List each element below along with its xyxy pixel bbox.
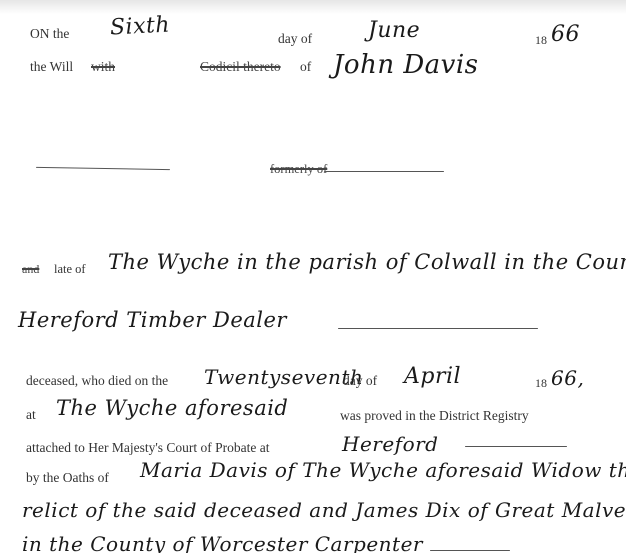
- label-on-the: ON the: [30, 26, 69, 42]
- label-day-of-death: day of: [343, 373, 377, 389]
- blank-rule-right: [324, 171, 444, 172]
- handwritten-executor-1: Maria Davis of The Wyche aforesaid Widow…: [140, 458, 626, 482]
- label-by-the-oaths: by the Oaths of: [26, 470, 109, 486]
- label-deceased-who-died: deceased, who died on the: [26, 373, 168, 389]
- struck-with: with: [91, 59, 115, 75]
- handwritten-year: 66: [551, 22, 580, 47]
- struck-and: and: [22, 262, 39, 277]
- handwritten-registry-place: Hereford: [342, 432, 438, 456]
- handwritten-death-day: Twentyseventh: [204, 365, 363, 389]
- handwritten-death-place: The Wyche aforesaid: [56, 396, 288, 420]
- handwritten-death-month: April: [404, 364, 461, 389]
- label-late-of: late of: [54, 262, 86, 277]
- struck-formerly-of: formerly of: [270, 162, 327, 177]
- label-year-prefix: 18: [535, 33, 547, 48]
- label-proved-in-registry: was proved in the District Registry: [340, 408, 529, 424]
- handwritten-executor-cont-2: in the County of Worcester Carpenter: [22, 532, 423, 553]
- label-of: of: [300, 59, 311, 75]
- handwritten-death-year: 66,: [551, 366, 584, 390]
- handwritten-testator-name: John Davis: [333, 50, 479, 80]
- handwritten-residence: The Wyche in the parish of Colwall in th…: [108, 250, 626, 274]
- handwritten-month: June: [368, 18, 420, 43]
- struck-codicil: Codicil thereto: [200, 59, 281, 75]
- label-the-will: the Will: [30, 59, 73, 75]
- label-death-year-prefix: 18: [535, 376, 547, 391]
- label-attached-to-court: attached to Her Majesty's Court of Proba…: [26, 440, 270, 456]
- label-day-of: day of: [278, 31, 312, 47]
- label-at: at: [26, 407, 36, 423]
- blank-rule-line11: [430, 550, 510, 551]
- blank-rule-line8: [465, 446, 567, 447]
- blank-rule-line5: [338, 328, 538, 329]
- handwritten-executor-cont: relict of the said deceased and James Di…: [22, 498, 626, 522]
- blank-rule-left: [36, 167, 170, 171]
- handwritten-day: Sixth: [109, 12, 170, 40]
- scan-top-shading: [0, 0, 626, 14]
- handwritten-residence-cont: Hereford Timber Dealer: [18, 308, 287, 332]
